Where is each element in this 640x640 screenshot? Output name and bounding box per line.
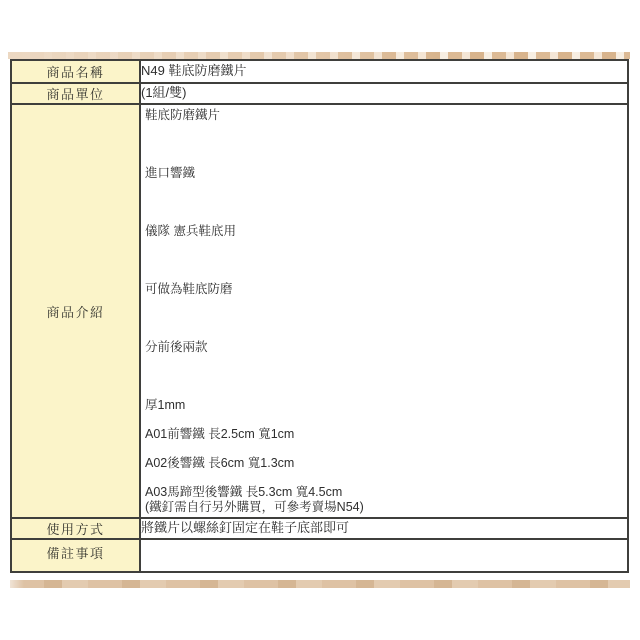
text-line: (1組/雙)	[141, 86, 627, 101]
text-line	[145, 471, 623, 486]
product-intro-label: 商品介紹	[11, 104, 140, 518]
text-line	[145, 326, 623, 341]
row-usage: 使用方式 將鐵片以螺絲釘固定在鞋子底部即可	[11, 518, 628, 539]
text-line	[145, 195, 623, 210]
text-line	[145, 384, 623, 399]
text-line: 鞋底防磨鐵片	[145, 108, 623, 123]
text-line	[145, 253, 623, 268]
row-notes: 備註事項	[11, 539, 628, 572]
product-unit-label: 商品單位	[11, 83, 140, 104]
row-product-intro: 商品介紹 鞋底防磨鐵片 進口響鐵 儀隊 憲兵鞋底用 可做為鞋底防磨 分前後兩款 …	[11, 104, 628, 518]
text-line: 分前後兩款	[145, 340, 623, 355]
text-line	[145, 268, 623, 283]
usage-label: 使用方式	[11, 518, 140, 539]
decor-strip-bottom	[10, 580, 630, 588]
page: { "theme": { "label_bg": "#fbf4c9", "bor…	[0, 0, 640, 640]
text-line	[145, 123, 623, 138]
text-line: A01前響鐵 長2.5cm 寬1cm	[145, 427, 623, 442]
text-line: 進口響鐵	[145, 166, 623, 181]
text-line: 將鐵片以螺絲釘固定在鞋子底部即可	[141, 521, 627, 536]
text-line: 可做為鞋底防磨	[145, 282, 623, 297]
text-line	[145, 210, 623, 225]
text-line	[145, 311, 623, 326]
text-line	[145, 355, 623, 370]
product-name-label: 商品名稱	[11, 60, 140, 83]
product-info-table: 商品名稱 N49 鞋底防磨鐵片 商品單位 (1組/雙) 商品介紹 鞋底防磨鐵片 …	[10, 59, 629, 573]
text-line: 儀隊 憲兵鞋底用	[145, 224, 623, 239]
decor-strip-top	[8, 52, 630, 59]
text-line	[145, 369, 623, 384]
text-line: A03馬蹄型後響鐵 長5.3cm 寬4.5cm	[145, 485, 623, 500]
text-line	[145, 181, 623, 196]
product-name-value: N49 鞋底防磨鐵片	[140, 60, 628, 83]
product-unit-value: (1組/雙)	[140, 83, 628, 104]
row-product-unit: 商品單位 (1組/雙)	[11, 83, 628, 104]
usage-value: 將鐵片以螺絲釘固定在鞋子底部即可	[140, 518, 628, 539]
text-line	[145, 137, 623, 152]
text-line	[145, 297, 623, 312]
text-line	[145, 152, 623, 167]
notes-value	[140, 539, 628, 572]
product-intro-value: 鞋底防磨鐵片 進口響鐵 儀隊 憲兵鞋底用 可做為鞋底防磨 分前後兩款 厚1mm …	[140, 104, 628, 518]
text-line: A02後響鐵 長6cm 寬1.3cm	[145, 456, 623, 471]
row-product-name: 商品名稱 N49 鞋底防磨鐵片	[11, 60, 628, 83]
text-line	[145, 442, 623, 457]
text-line	[145, 239, 623, 254]
text-line: N49 鞋底防磨鐵片	[141, 64, 627, 79]
text-line	[145, 413, 623, 428]
notes-label: 備註事項	[11, 539, 140, 572]
text-line: 厚1mm	[145, 398, 623, 413]
text-line: (鐵釘需自行另外購買，可參考賣場N54)	[145, 500, 623, 515]
